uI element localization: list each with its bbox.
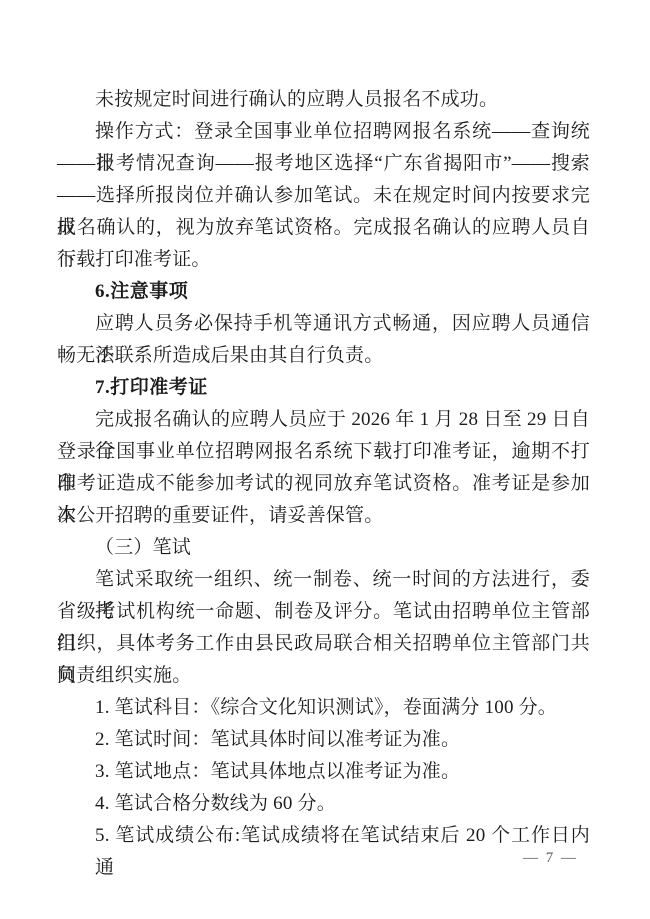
- list-item-pass-score: 4. 笔试合格分数线为 60 分。: [57, 788, 590, 820]
- text-line: ——选择所报岗位并确认参加笔试。未在规定时间内按要求完成: [57, 180, 590, 212]
- document-page: 未按规定时间进行确认的应聘人员报名不成功。 操作方式：登录全国事业单位招聘网报名…: [0, 0, 650, 919]
- page-number: — 7 —: [523, 850, 578, 867]
- text-line: 报名确认的，视为放弃笔试资格。完成报名确认的应聘人员自行: [57, 212, 590, 244]
- text-line: 登录全国事业单位招聘网报名系统下载打印准考证，逾期不打印: [57, 436, 590, 468]
- subsection-heading-written-exam: （三）笔试: [57, 532, 590, 564]
- text-line: 完成报名确认的应聘人员应于 2026 年 1 月 28 日至 29 日自行: [57, 404, 590, 436]
- text-line: 组织，具体考务工作由县民政局联合相关招聘单位主管部门共同: [57, 628, 590, 660]
- text-line: 准考证造成不能参加考试的视同放弃笔试资格。准考证是参加本: [57, 468, 590, 500]
- text-line: 笔试采取统一组织、统一制卷、统一时间的方法进行，委托: [57, 564, 590, 596]
- text-line: 未按规定时间进行确认的应聘人员报名不成功。: [57, 84, 590, 116]
- section-heading-print-ticket: 7.打印准考证: [57, 372, 590, 404]
- section-heading-notes: 6.注意事项: [57, 276, 590, 308]
- list-item-exam-time: 2. 笔试时间：笔试具体时间以准考证为准。: [57, 724, 590, 756]
- text-line: 畅无法联系所造成后果由其自行负责。: [57, 340, 590, 372]
- list-item-exam-location: 3. 笔试地点：笔试具体地点以准考证为准。: [57, 756, 590, 788]
- text-line: 应聘人员务必保持手机等通讯方式畅通，因应聘人员通信不: [57, 308, 590, 340]
- text-line: 负责组织实施。: [57, 660, 590, 692]
- list-item-exam-subject: 1. 笔试科目：《综合文化知识测试》，卷面满分 100 分。: [57, 692, 590, 724]
- text-line: ——报考情况查询——报考地区选择“广东省揭阳市”——搜索: [57, 148, 590, 180]
- text-line: 下载打印准考证。: [57, 244, 590, 276]
- text-line: 操作方式：登录全国事业单位招聘网报名系统——查询统计: [57, 116, 590, 148]
- list-item-score-release: 5. 笔试成绩公布:笔试成绩将在笔试结束后 20 个工作日内通: [57, 820, 590, 852]
- document-body: 未按规定时间进行确认的应聘人员报名不成功。 操作方式：登录全国事业单位招聘网报名…: [57, 84, 590, 852]
- text-line: 省级考试机构统一命题、制卷及评分。笔试由招聘单位主管部门: [57, 596, 590, 628]
- text-line: 次公开招聘的重要证件，请妥善保管。: [57, 500, 590, 532]
